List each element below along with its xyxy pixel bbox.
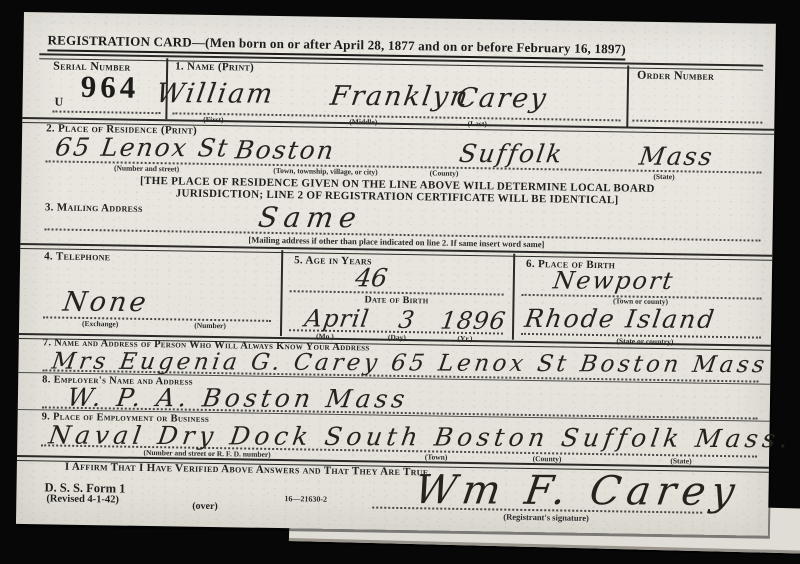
name-middle-value: Franklyn	[329, 83, 472, 111]
residence-street-sublabel: (Number and street)	[76, 163, 216, 174]
residence-state-value: Mass	[638, 144, 716, 169]
dob-year-value: 1896	[439, 309, 508, 333]
age-value: 46	[354, 265, 390, 290]
registrant-signature: Wm F. Carey	[412, 470, 743, 512]
telephone-label: 4. Telephone	[44, 250, 110, 263]
birth-town-value: Newport	[552, 268, 676, 293]
serial-number-value: 964	[81, 69, 140, 106]
residence-street-value: 65 Lenox St	[54, 135, 231, 161]
serial-prefix: U	[54, 94, 63, 109]
residence-state-sublabel: (State)	[621, 171, 706, 181]
divider-age-birth	[512, 254, 515, 340]
name-last-value: Carey	[454, 85, 549, 112]
telephone-value: None	[61, 289, 150, 316]
telephone-number-sublabel: (Number)	[165, 320, 255, 330]
divider-telephone-age	[280, 250, 283, 336]
scan-background: { "colors": { "background": "#070707", "…	[0, 0, 800, 564]
form-revision: (Revised 4-1-42)	[46, 493, 119, 505]
name-label: 1. Name (Print)	[175, 60, 254, 73]
registration-card: REGISTRATION CARD—(Men born on or after …	[16, 12, 776, 536]
dob-month-value: April	[303, 306, 371, 330]
mailing-label: 3. Mailing Address	[45, 201, 143, 215]
order-dotted-line	[632, 120, 762, 124]
serial-dotted-line	[52, 110, 160, 114]
print-code: 16—21630-2	[284, 494, 327, 504]
residence-city-sublabel: (Town, township, village, or city)	[225, 165, 425, 177]
residence-county-value: Suffolk	[458, 141, 566, 166]
divider-name-order	[626, 65, 629, 126]
mailing-value: Same	[257, 204, 364, 232]
name-first-value: William	[155, 80, 277, 108]
over-note: (over)	[192, 501, 218, 512]
order-number-label: Order Number	[637, 68, 714, 84]
residence-county-sublabel: (County)	[401, 168, 486, 178]
telephone-exchange-sublabel: (Exchange)	[55, 319, 145, 329]
dob-day-value: 3	[397, 308, 416, 332]
birth-state-value: Rhode Island	[523, 306, 717, 332]
residence-city-value: Boston	[234, 137, 337, 162]
